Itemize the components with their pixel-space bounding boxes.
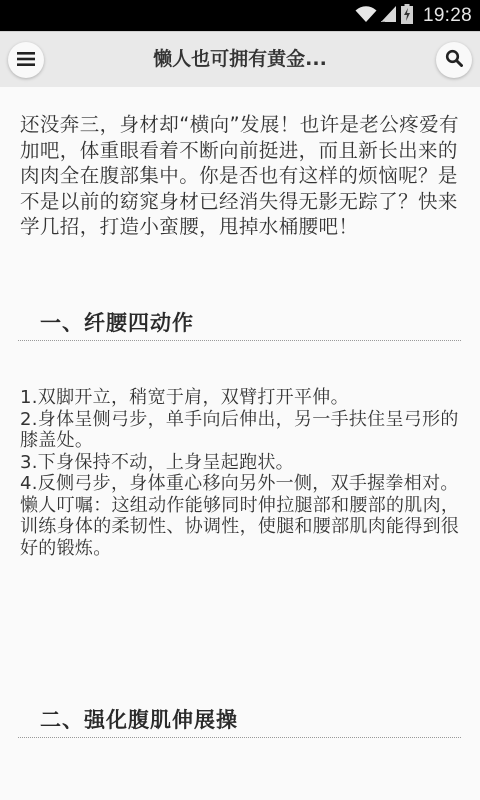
- article-content[interactable]: 还没奔三，身材却“横向”发展！也许是老公疼爱有加吧，体重眼看着不断向前挺进，而且…: [0, 87, 480, 800]
- status-bar: 19:28: [0, 0, 480, 31]
- menu-button[interactable]: [8, 42, 44, 78]
- app-header: 懒人也可拥有黄金...: [0, 31, 480, 87]
- status-icons: 19:28: [355, 0, 472, 31]
- search-icon: [445, 49, 463, 71]
- search-button[interactable]: [436, 42, 472, 78]
- battery-charging-icon: [401, 4, 413, 28]
- section-1-body: 1.双脚开立，稍宽于肩，双臂打开平伸。 2.身体呈侧弓步，单手向后伸出，另一手扶…: [20, 387, 465, 559]
- section-heading-2: 二、强化腹肌伸展操: [18, 702, 461, 738]
- wifi-icon: [355, 5, 377, 27]
- menu-icon: [17, 51, 35, 70]
- page-title: 懒人也可拥有黄金...: [80, 32, 400, 86]
- section-heading-1: 一、纤腰四动作: [18, 305, 461, 341]
- step-4: 4.反侧弓步，身体重心移向另外一侧，双手握拳相对。: [20, 473, 465, 495]
- clock: 19:28: [423, 5, 472, 27]
- signal-icon: [381, 5, 397, 27]
- intro-paragraph: 还没奔三，身材却“横向”发展！也许是老公疼爱有加吧，体重眼看着不断向前挺进，而且…: [20, 112, 465, 240]
- step-3: 3.下身保持不动，上身呈起跑状。: [20, 452, 465, 474]
- section-heading-text: 二、强化腹肌伸展操: [40, 704, 238, 734]
- tip-paragraph: 懒人叮嘱：这组动作能够同时伸拉腿部和腰部的肌肉，训练身体的柔韧性、协调性，使腿和…: [20, 495, 465, 560]
- section-heading-text: 一、纤腰四动作: [40, 307, 194, 337]
- step-1: 1.双脚开立，稍宽于肩，双臂打开平伸。: [20, 387, 465, 409]
- step-2: 2.身体呈侧弓步，单手向后伸出，另一手扶住呈弓形的膝盖处。: [20, 409, 465, 452]
